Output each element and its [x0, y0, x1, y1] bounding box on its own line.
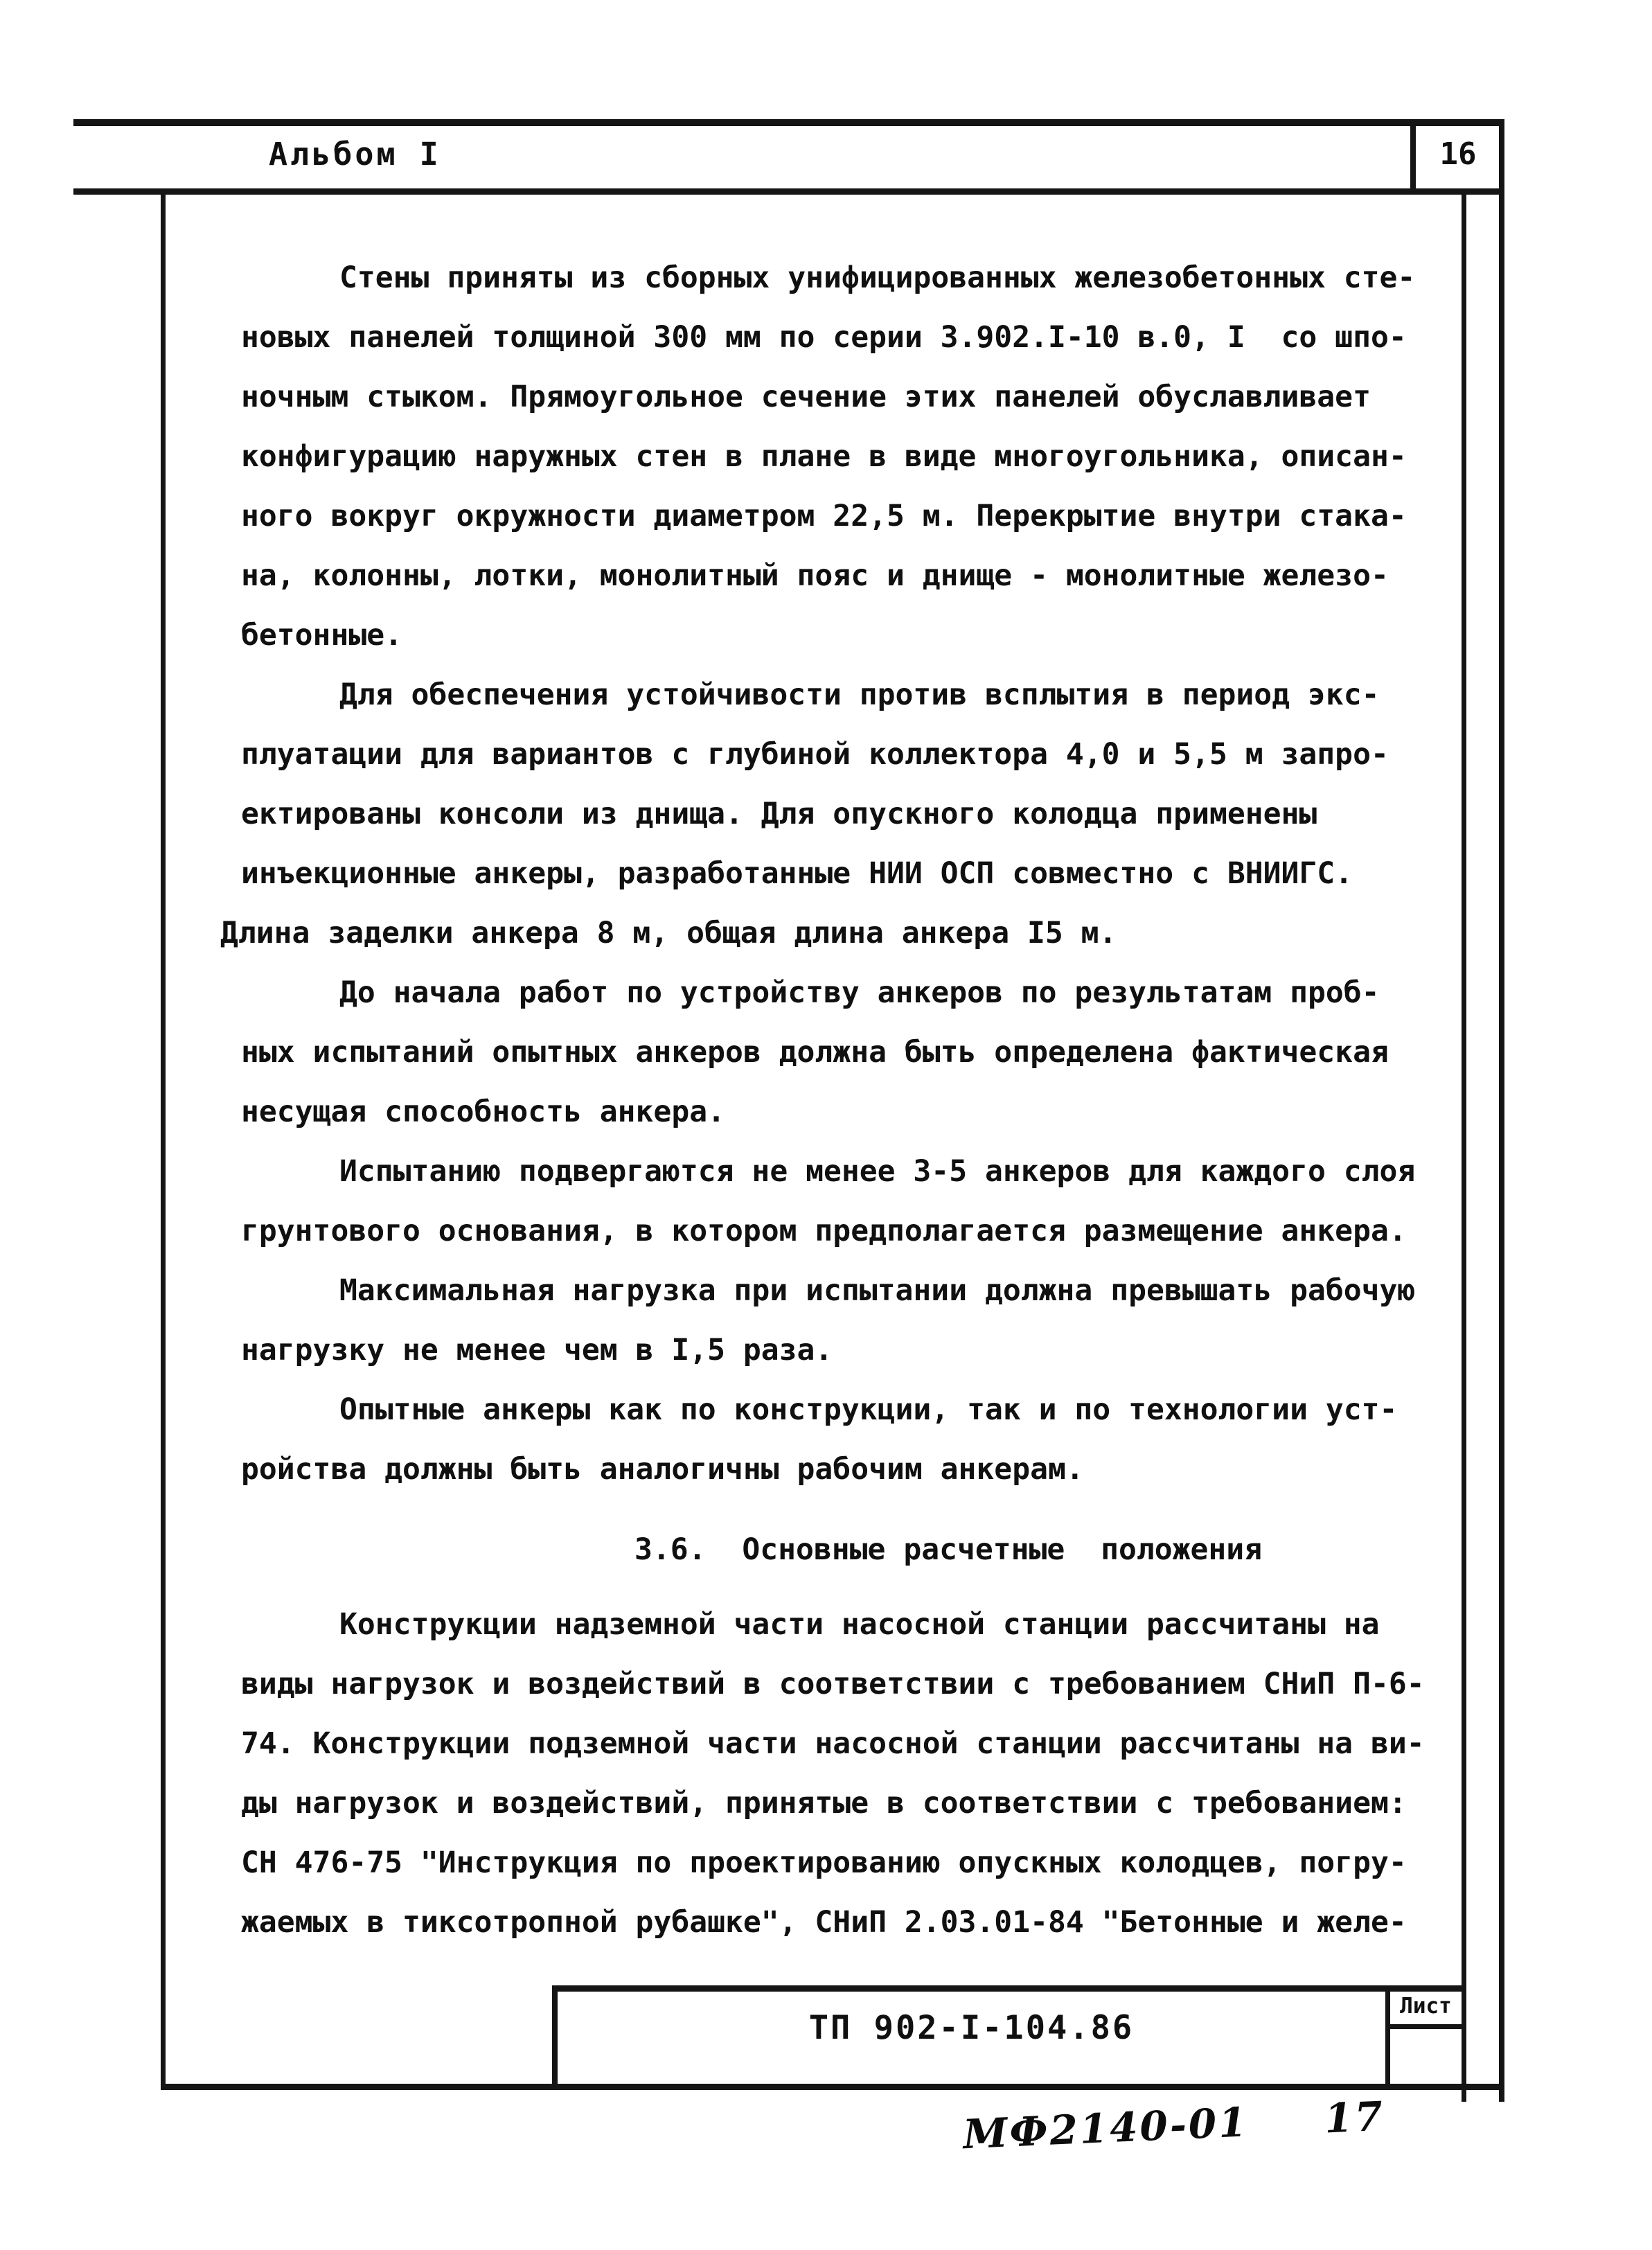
header-pageno-divider: [1410, 119, 1416, 195]
header-top-rule: [73, 119, 1504, 126]
header-bottom-rule: [73, 188, 1504, 195]
sheet-label: Лист: [1387, 1994, 1465, 2019]
text-line: 74. Конструкции подземной части насосной…: [220, 1714, 1460, 1773]
body-lines: Стены приняты из сборных унифицированных…: [220, 248, 1460, 1952]
titleblock-top-rule: [552, 1985, 1466, 1992]
text-line: новых панелей толщиной 300 мм по серии 3…: [220, 308, 1460, 367]
album-label: Альбом I: [269, 136, 441, 172]
handwritten-page: 17: [1324, 2093, 1386, 2143]
text-line: СН 476-75 "Инструкция по проектированию …: [220, 1833, 1460, 1893]
frame-right-inner-rule: [1462, 190, 1466, 2102]
text-line: ды нагрузок и воздействий, принятые в со…: [220, 1773, 1460, 1833]
frame-left-rule: [161, 190, 166, 2089]
text-line: Для обеспечения устойчивости против вспл…: [220, 665, 1460, 725]
text-line: Стены приняты из сборных унифицированных…: [220, 248, 1460, 308]
text-line: Длина заделки анкера 8 м, общая длина ан…: [220, 903, 1460, 963]
text-line: До начала работ по устройству анкеров по…: [220, 963, 1460, 1022]
document-number: ТП 902-I-104.86: [558, 2009, 1385, 2047]
text-line: несущая способность анкера.: [220, 1082, 1460, 1142]
text-line: грунтового основания, в котором предпола…: [220, 1201, 1460, 1261]
text-line: Максимальная нагрузка при испытании долж…: [220, 1261, 1460, 1320]
text-line: ночным стыком. Прямоугольное сечение эти…: [220, 367, 1460, 427]
text-line: ройства должны быть аналогичны рабочим а…: [220, 1440, 1460, 1499]
titleblock-sheet-underline: [1385, 2024, 1466, 2029]
text-line: Конструкции надземной части насосной ста…: [220, 1595, 1460, 1654]
text-line: жаемых в тиксотропной рубашке", СНиП 2.0…: [220, 1893, 1460, 1952]
text-line: плуатации для вариантов с глубиной колле…: [220, 725, 1460, 784]
text-line: на, колонны, лотки, монолитный пояс и дн…: [220, 546, 1460, 605]
text-line: ного вокруг окружности диаметром 22,5 м.…: [220, 486, 1460, 546]
handwritten-code: МФ2140-01: [962, 2098, 1250, 2158]
text-line: ных испытаний опытных анкеров должна быт…: [220, 1022, 1460, 1082]
text-line: конфигурацию наружных стен в плане в вид…: [220, 427, 1460, 486]
text-line: Опытные анкеры как по конструкции, так и…: [220, 1380, 1460, 1440]
frame-right-outer-rule: [1499, 119, 1504, 2102]
text-line: нагрузку не менее чем в I,5 раза.: [220, 1320, 1460, 1380]
text-line: виды нагрузок и воздействий в соответств…: [220, 1654, 1460, 1714]
section-heading: 3.6. Основные расчетные положения: [220, 1520, 1460, 1579]
scanned-document-page: Альбом I 16 Стены приняты из сборных уни…: [0, 0, 1652, 2250]
text-line: Испытанию подвергаются не менее 3-5 анке…: [220, 1142, 1460, 1201]
text-line: ектированы консоли из днища. Для опускно…: [220, 784, 1460, 844]
page-number: 16: [1416, 118, 1500, 190]
titleblock-left-rule: [552, 1985, 558, 2089]
handwritten-stamp: МФ2140-01 17: [962, 2090, 1448, 2158]
text-line: бетонные.: [220, 605, 1460, 665]
frame-bottom-rule: [161, 2084, 1504, 2090]
text-line: инъекционные анкеры, разработанные НИИ О…: [220, 844, 1460, 903]
